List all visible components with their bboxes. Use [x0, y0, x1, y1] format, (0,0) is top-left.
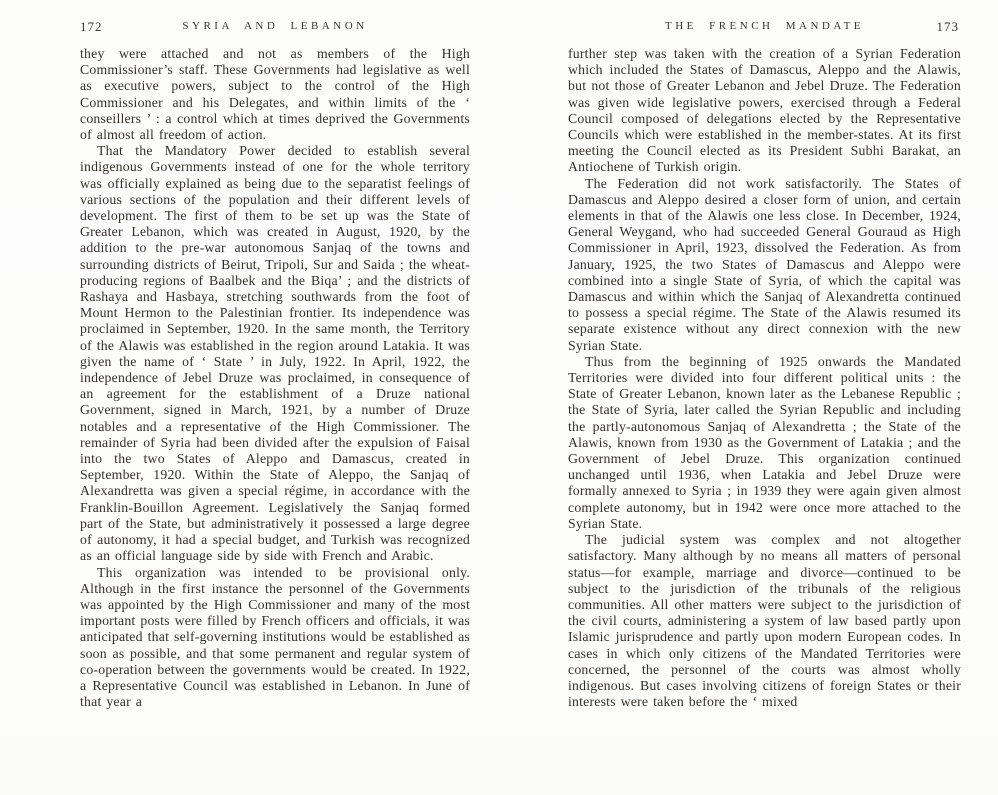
- left-running-head: SYRIA AND LEBANON: [80, 20, 470, 32]
- left-page-header: 172 SYRIA AND LEBANON: [80, 20, 470, 38]
- left-page: 172 SYRIA AND LEBANON they were attached…: [80, 20, 470, 710]
- paragraph: Thus from the beginning of 1925 onwards …: [568, 354, 961, 532]
- paragraph: That the Mandatory Power decided to esta…: [80, 143, 470, 564]
- paragraph: The Federation did not work satisfactori…: [568, 176, 961, 354]
- right-page-number: 173: [937, 19, 960, 35]
- left-text-block: they were attached and not as members of…: [80, 46, 470, 710]
- right-page: THE FRENCH MANDATE 173 further step was …: [568, 20, 961, 710]
- right-running-head: THE FRENCH MANDATE: [568, 20, 961, 32]
- paragraph: The judicial system was complex and not …: [568, 532, 961, 710]
- book-spread: 172 SYRIA AND LEBANON they were attached…: [0, 0, 998, 795]
- paragraph: further step was taken with the creation…: [568, 46, 961, 176]
- paragraph: This organization was intended to be pro…: [80, 565, 470, 711]
- paragraph: they were attached and not as members of…: [80, 46, 470, 143]
- right-text-block: further step was taken with the creation…: [568, 46, 961, 710]
- right-page-header: THE FRENCH MANDATE 173: [568, 20, 961, 38]
